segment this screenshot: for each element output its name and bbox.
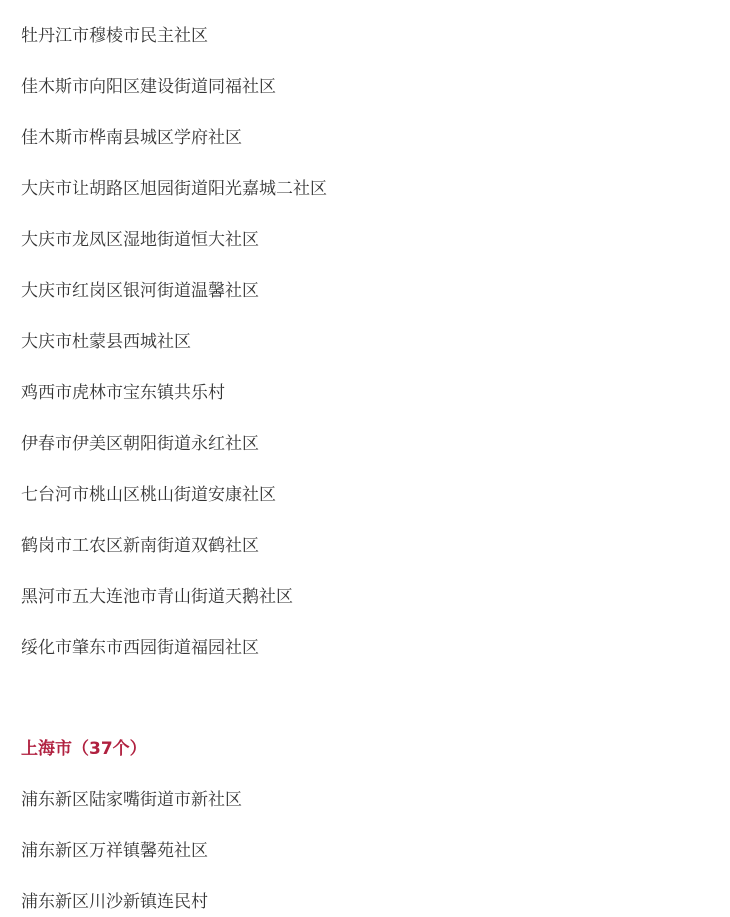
list-item: 大庆市让胡路区旭园街道阳光嘉城二社区 xyxy=(21,177,327,201)
list-item: 伊春市伊美区朝阳街道永红社区 xyxy=(21,432,259,456)
list-item: 七台河市桃山区桃山街道安康社区 xyxy=(21,483,276,507)
section-header-shanghai: 上海市（37个） xyxy=(21,737,147,761)
list-item: 黑河市五大连池市青山街道天鹅社区 xyxy=(21,585,293,609)
list-item: 佳木斯市向阳区建设街道同福社区 xyxy=(21,75,276,99)
list-item: 大庆市红岗区银河街道温馨社区 xyxy=(21,279,259,303)
list-item: 绥化市肇东市西园街道福园社区 xyxy=(21,636,259,660)
list-item: 鹤岗市工农区新南街道双鹤社区 xyxy=(21,534,259,558)
list-item: 浦东新区陆家嘴街道市新社区 xyxy=(21,788,242,812)
list-item: 佳木斯市桦南县城区学府社区 xyxy=(21,126,242,150)
list-item: 大庆市杜蒙县西城社区 xyxy=(21,330,191,354)
list-item: 浦东新区万祥镇馨苑社区 xyxy=(21,839,208,863)
list-item: 牡丹江市穆棱市民主社区 xyxy=(21,24,208,48)
list-item: 鸡西市虎林市宝东镇共乐村 xyxy=(21,381,225,405)
list-item: 大庆市龙凤区湿地街道恒大社区 xyxy=(21,228,259,252)
list-item: 浦东新区川沙新镇连民村 xyxy=(21,890,208,914)
